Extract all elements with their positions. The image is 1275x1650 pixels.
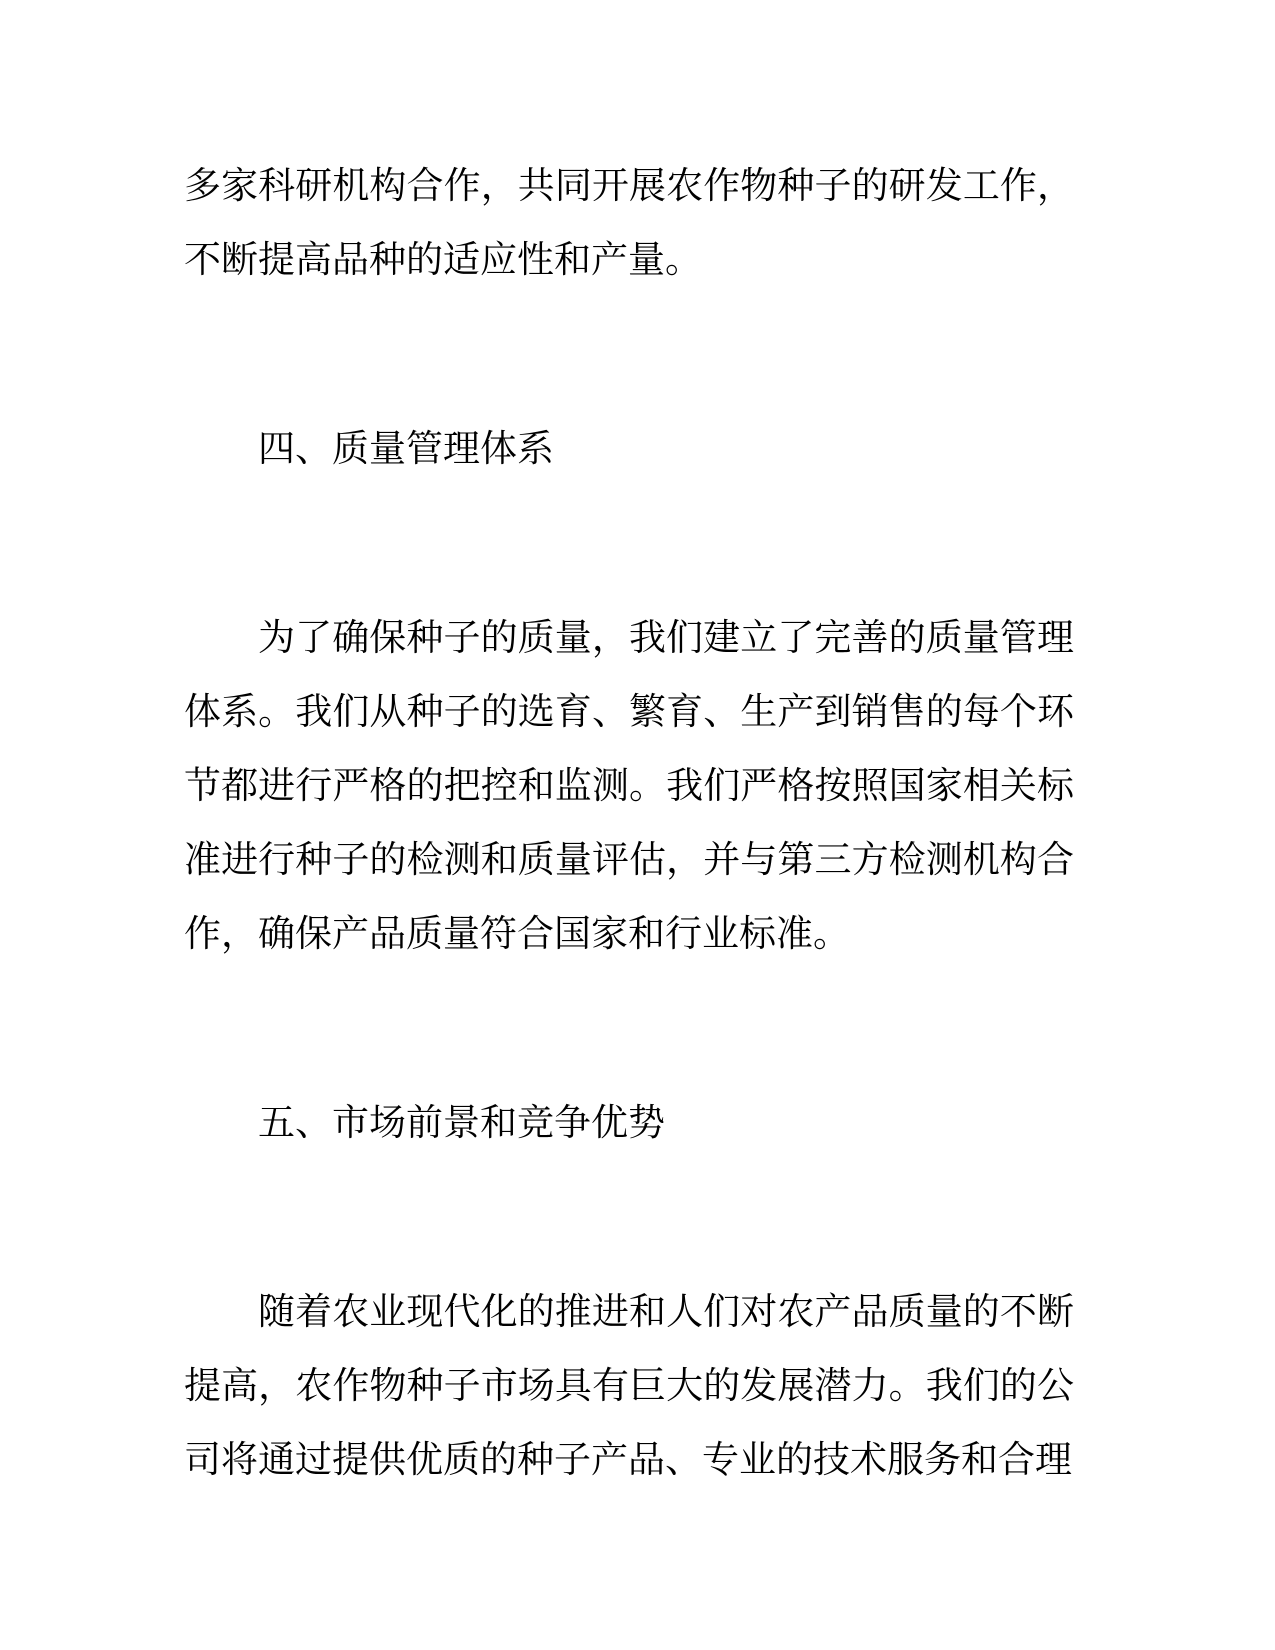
document-page: 多家科研机构合作，共同开展农作物种子的研发工作，不断提高品种的适应性和产量。 四… <box>0 0 1275 1650</box>
section-heading-quality-management: 四、质量管理体系 <box>184 412 1074 486</box>
section-paragraph-quality-management: 为了确保种子的质量，我们建立了完善的质量管理体系。我们从种子的选育、繁育、生产到… <box>184 601 1074 971</box>
page-text-content: 多家科研机构合作，共同开展农作物种子的研发工作，不断提高品种的适应性和产量。 四… <box>184 149 1074 1497</box>
paragraph-continuation: 多家科研机构合作，共同开展农作物种子的研发工作，不断提高品种的适应性和产量。 <box>184 149 1074 297</box>
section-paragraph-market-prospects: 随着农业现代化的推进和人们对农产品质量的不断提高，农作物种子市场具有巨大的发展潜… <box>184 1275 1074 1497</box>
section-heading-market-prospects: 五、市场前景和竞争优势 <box>184 1086 1074 1160</box>
